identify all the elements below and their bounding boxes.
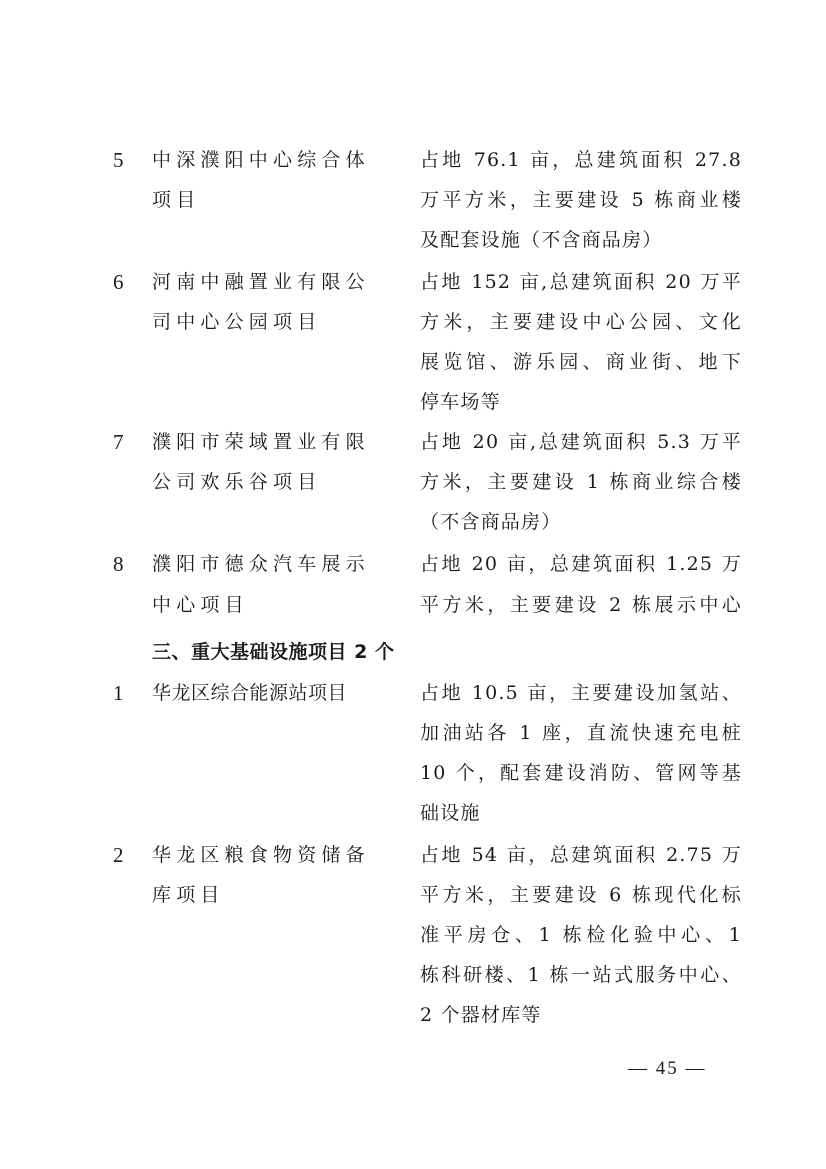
project-desc-line: 占地 10.5 亩，主要建设加氢站、	[420, 681, 742, 705]
project-name-line: 司中心公园项目	[152, 310, 321, 334]
project-desc-line: 2 个器材库等	[420, 1003, 742, 1027]
project-name-line: 公司欢乐谷项目	[152, 470, 321, 494]
project-desc-line: 10 个，配套建设消防、管网等基	[420, 761, 742, 785]
project-name-line: 华龙区粮食物资储备	[152, 843, 370, 867]
row-number: 7	[113, 430, 124, 454]
section-heading: 三、重大基础设施项目 2 个	[152, 640, 394, 664]
project-desc-line: 方米，主要建设中心公园、文化	[420, 310, 742, 334]
row-number: 1	[113, 681, 124, 705]
row-number: 5	[113, 148, 124, 172]
project-name-line: 濮阳市荣域置业有限	[152, 430, 370, 454]
project-desc-line: 加油站各 1 座，直流快速充电桩	[420, 721, 742, 745]
project-desc-line: 及配套设施（不含商品房）	[420, 228, 742, 252]
project-desc-line: 占地 54 亩，总建筑面积 2.75 万	[420, 843, 742, 867]
project-name-line: 项目	[152, 188, 200, 212]
project-desc-line: 占地 76.1 亩，总建筑面积 27.8	[420, 148, 742, 172]
project-desc-line: 占地 20 亩,总建筑面积 5.3 万平	[420, 430, 742, 454]
project-desc-line: 栋科研楼、1 栋一站式服务中心、	[420, 963, 742, 987]
page-number: — 45 —	[628, 1057, 707, 1081]
project-desc-line: 展览馆、游乐园、商业街、地下	[420, 350, 742, 374]
project-name-line: 华龙区综合能源站项目	[152, 681, 347, 705]
row-number: 8	[113, 552, 124, 576]
project-desc-line: （不含商品房）	[420, 510, 742, 534]
project-desc-line: 准平房仓、1 栋检化验中心、1	[420, 923, 742, 947]
row-number: 2	[113, 843, 124, 867]
project-name-line: 中深濮阳中心综合体	[152, 148, 370, 172]
project-name-line: 濮阳市德众汽车展示	[152, 552, 370, 576]
project-desc-line: 方米，主要建设 1 栋商业综合楼	[420, 470, 742, 494]
project-name-line: 库项目	[152, 883, 225, 907]
project-desc-line: 停车场等	[420, 390, 742, 414]
project-desc-line: 万平方米，主要建设 5 栋商业楼	[420, 188, 742, 212]
project-desc-line: 占地 152 亩,总建筑面积 20 万平	[420, 270, 742, 294]
project-desc-line: 平方米，主要建设 2 栋展示中心	[420, 593, 742, 617]
project-name-line: 中心项目	[152, 593, 249, 617]
project-desc-line: 占地 20 亩，总建筑面积 1.25 万	[420, 552, 742, 576]
project-name-line: 河南中融置业有限公	[152, 270, 370, 294]
project-desc-line: 础设施	[420, 801, 742, 825]
row-number: 6	[113, 270, 124, 294]
project-desc-line: 平方米，主要建设 6 栋现代化标	[420, 883, 742, 907]
